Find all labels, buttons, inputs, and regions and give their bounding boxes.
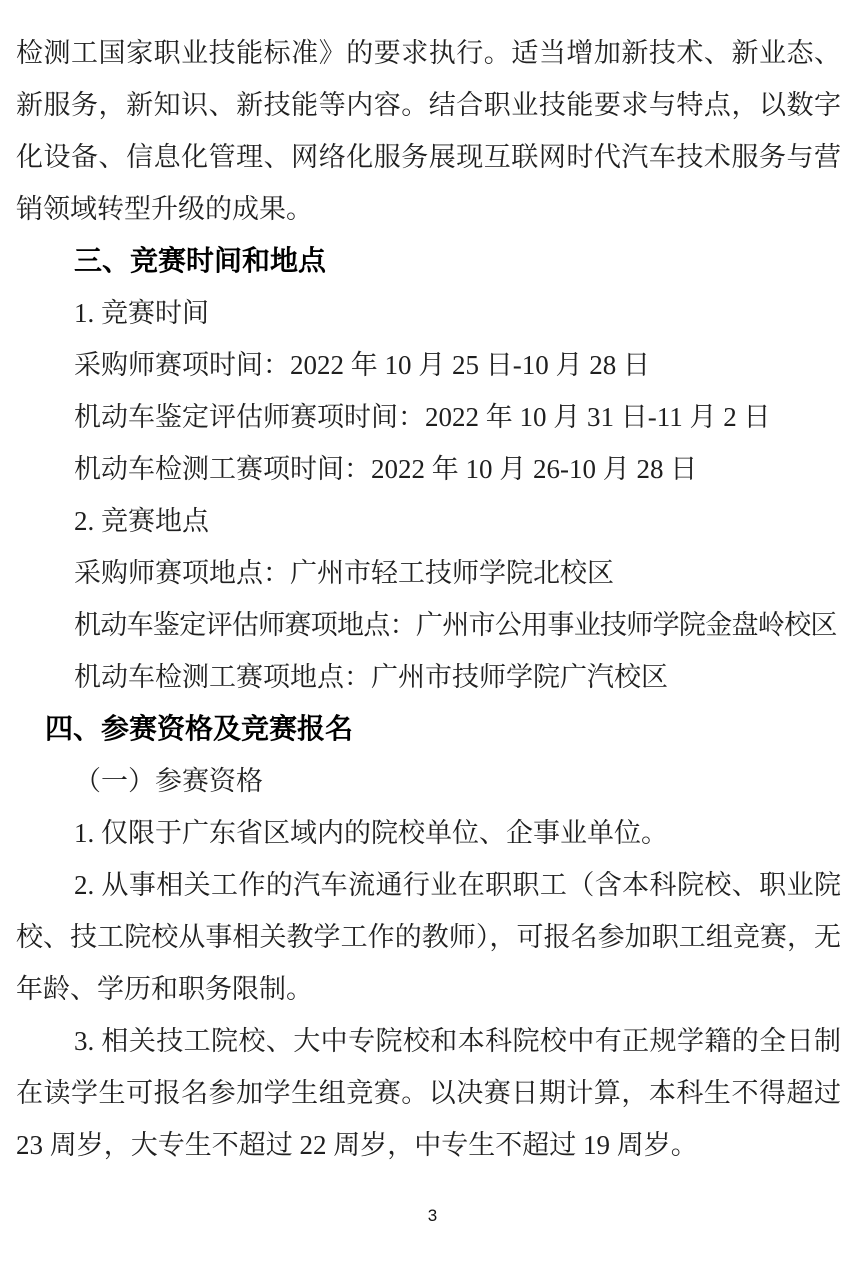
paragraph: 2. 竞赛地点	[16, 495, 841, 547]
paragraph: 机动车鉴定评估师赛项地点：广州市公用事业技师学院金盘岭校区	[16, 599, 841, 651]
paragraph: 1. 仅限于广东省区域内的院校单位、企事业单位。	[16, 807, 841, 859]
paragraph: 3. 相关技工院校、大中专院校和本科院校中有正规学籍的全日制在读学生可报名参加学…	[16, 1015, 841, 1171]
paragraph: 机动车检测工赛项时间：2022 年 10 月 26-10 月 28 日	[16, 443, 841, 495]
page-number: 3	[0, 1206, 865, 1226]
paragraph: 机动车鉴定评估师赛项时间：2022 年 10 月 31 日-11 月 2 日	[16, 391, 841, 443]
paragraph: 采购师赛项时间：2022 年 10 月 25 日-10 月 28 日	[16, 339, 841, 391]
section-heading: 四、参赛资格及竞赛报名	[16, 703, 841, 755]
document-body: 检测工国家职业技能标准》的要求执行。适当增加新技术、新业态、新服务，新知识、新技…	[0, 0, 865, 1171]
paragraph: （一）参赛资格	[16, 755, 841, 807]
paragraph: 采购师赛项地点：广州市轻工技师学院北校区	[16, 547, 841, 599]
section-heading: 三、竞赛时间和地点	[16, 235, 841, 287]
paragraph: 1. 竞赛时间	[16, 287, 841, 339]
paragraph: 检测工国家职业技能标准》的要求执行。适当增加新技术、新业态、新服务，新知识、新技…	[16, 27, 841, 235]
document-page: 检测工国家职业技能标准》的要求执行。适当增加新技术、新业态、新服务，新知识、新技…	[0, 0, 865, 1263]
paragraph: 机动车检测工赛项地点：广州市技师学院广汽校区	[16, 651, 841, 703]
paragraph: 2. 从事相关工作的汽车流通行业在职职工（含本科院校、职业院校、技工院校从事相关…	[16, 859, 841, 1015]
